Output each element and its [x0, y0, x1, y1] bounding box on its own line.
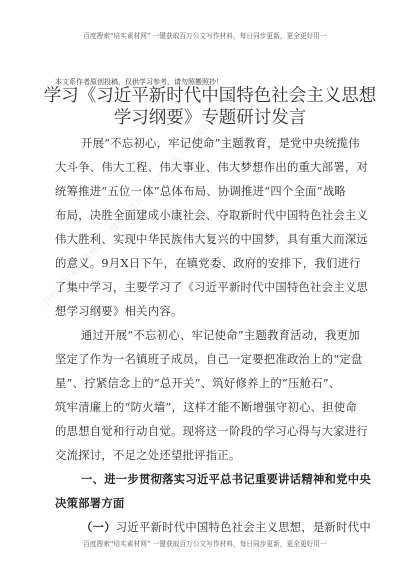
paragraph-line: 的意义。9月X日下午，在镇党委、政府的安排下，我们进行	[55, 257, 365, 271]
paragraph-line: 布局，决胜全面建成小康社会、夺取新时代中国特色社会主义	[55, 209, 365, 223]
paragraph-line: 星”、拧紧信念上的“总开关”、筑好修养上的“压舱石”、	[55, 377, 365, 391]
paragraph-line: 开展“不忘初心，牢记使命”主题教育，是党中央统揽伟	[81, 137, 391, 151]
document-title-line-1: 学习《习近平新时代中国特色社会主义思想	[40, 86, 380, 107]
section-heading-1-line-1: 一、进一步贯彻落实习近平总书记重要讲话精神和党中央	[81, 473, 371, 487]
paragraph-line: 伟大胜利、实现中华民族伟大复兴的中国梦，具有重大而深远	[55, 233, 365, 247]
page-footer-banner: 百度搜索“培实素材网” 一键获取百万公文写作材料，每日同步更新，更全更好用一	[0, 538, 410, 548]
section-heading-1-line-2: 决策部署方面	[55, 497, 125, 511]
paragraph-line: 通过开展“不忘初心、牢记使命”主题教育活动，我更加	[81, 329, 391, 343]
paragraph-line: 统筹推进“五位一体”总体布局、协调推进“四个全面”战略	[55, 185, 365, 199]
paragraph-line: 坚定了作为一名镇班子成员，自己一定要把准政治上的“定盘	[55, 353, 365, 367]
paragraph-line: 的思想自觉和行动自觉。现将这一阶段的学习心得与大家进行	[55, 425, 365, 439]
paragraph-line: 筑牢清廉上的“防火墙”，这样才能不断增强守初心、担使命	[55, 401, 365, 415]
subsection-text: 习近平新时代中国特色社会主义思想，是新时代中	[116, 521, 371, 534]
subsection-1: （一）习近平新时代中国特色社会主义思想，是新时代中	[81, 521, 371, 535]
subsection-number: （一）	[81, 521, 116, 534]
paragraph-line: 交流探讨，不足之处还望批评指正。	[55, 449, 365, 463]
page-header-banner: 百度搜索“培实素材网” 一键获取百万公文写作材料，每日同步更新，更全更好用一	[0, 30, 410, 40]
paragraph-line: 想学习纲要》相关内容。	[55, 305, 365, 319]
paragraph-line: 大斗争、伟大工程、伟大事业、伟大梦想作出的重大部署，对	[55, 161, 365, 175]
document-title-line-2: 学习纲要》专题研讨发言	[40, 108, 380, 129]
paragraph-line: 了集中学习，主要学习了《习近平新时代中国特色社会主义思	[55, 281, 365, 295]
